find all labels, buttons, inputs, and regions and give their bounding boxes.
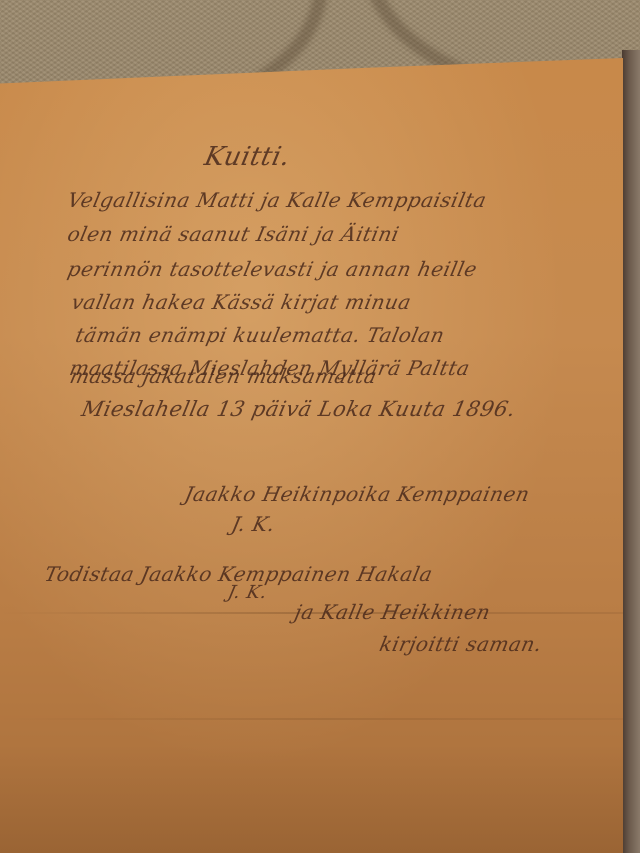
body-line-5: tämän enämpi kuulematta. Talolan [73, 323, 446, 347]
body-line-7: massa jakatalen maksamatta [68, 364, 379, 388]
witness-initials: J. K. [226, 582, 269, 603]
witness-line-2: ja Kalle Heikkinen [292, 600, 492, 624]
body-line-3: perinnön tasottelevasti ja annan heille [65, 257, 479, 281]
body-line-4: vallan hakea Kässä kirjat minua [69, 290, 413, 314]
signature-initials: J. K. [229, 512, 277, 536]
date-line: Mieslahella 13 päivä Loka Kuuta 1896. [79, 397, 518, 421]
paper-shadow [0, 745, 623, 853]
receipt-paper [0, 58, 623, 853]
background-cloth-edge [622, 50, 640, 853]
document-title: Kuitti. [202, 142, 293, 172]
paper-crease [0, 718, 623, 720]
body-line-2: olen minä saanut Isäni ja Äitini [65, 222, 401, 246]
signature-name: Jaakko Heikinpoika Kemppainen [182, 482, 532, 506]
body-line-1: Velgallisina Matti ja Kalle Kemppaisilta [65, 188, 488, 212]
witness-line-3: kirjoitti saman. [377, 632, 544, 656]
